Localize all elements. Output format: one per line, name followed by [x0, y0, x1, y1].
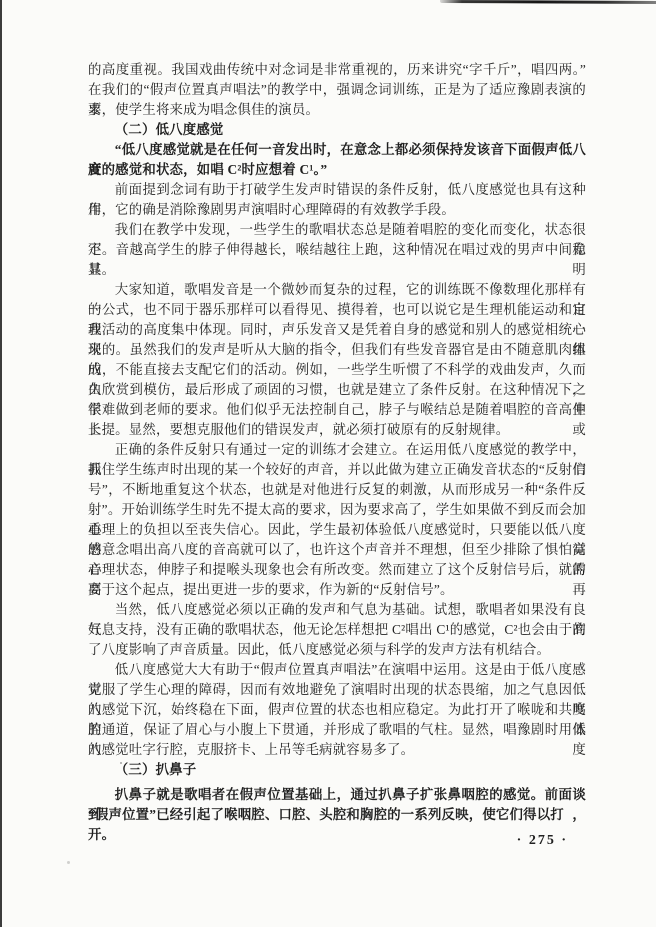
- text-line: 的感觉下沉，始终稳在下面，假声位置的状态也相应稳定。为此打开了喉咙和共鸣腔体: [88, 700, 586, 720]
- text-line: 很难做到老师的要求。他们似乎无法控制自己，脖子与喉结总是随着唱腔的音高伸长或: [88, 400, 586, 420]
- text-line: 的，不能直接去支配它们的活动。例如，一些学生听惯了不科学的戏曲发声，久而久之: [88, 360, 586, 380]
- page-text: 的高度重视。我国戏曲传统中对念词是非常重视的，历来讲究“字千斤”，唱四两。”在我…: [88, 60, 586, 825]
- text-line: 的公式，也不同于器乐那样可以看得见、摸得着，也可以说它是生理机能运动和自我心: [88, 300, 586, 320]
- text-line: “假声位置”已经引起了喉咽腔、口腔、头腔和胸腔的一系列反映，使它们得以打开。: [88, 805, 586, 825]
- text-line: 我们在教学中发现，一些学生的歌唱状态总是随着唱腔的变化而变化，状态很不稳: [88, 220, 586, 240]
- section-heading: （二）低八度感觉: [88, 120, 586, 140]
- text-line: 心理上的负担以至丧失信心。因此，学生最初体验低八度感觉时，只要能以低八度感觉: [88, 520, 586, 540]
- scan-streak-artifact: [440, 0, 656, 4]
- text-line: 低八度感觉大大有助于“假声位置真声唱法”在演唱中运用。这是由于低八度感觉: [88, 660, 586, 680]
- section-heading: （三）扒鼻子: [88, 760, 586, 780]
- text-line: 在我们的“假声位置真声唱法”的教学中，强调念词训练，正是为了适应豫剧表演的要: [88, 80, 586, 100]
- scan-speck: [67, 861, 70, 864]
- text-line: 气息支持，没有正确的歌唱状态，他无论怎样想把 C²唱出 C¹的感觉，C²也会由于…: [88, 620, 586, 640]
- text-line: 射”。开始训练学生时先不提太高的要求，因为要求高了，学生如果做不到反而会加重: [88, 500, 586, 520]
- text-line: 的高度重视。我国戏曲传统中对念词是非常重视的，历来讲究“字千斤”，唱四两。”: [88, 60, 586, 80]
- text-line: 了八度影响了声音质量。因此，低八度感觉必须与科学的发声方法有机结合。: [88, 640, 586, 660]
- text-line: 扒鼻子就是歌唱者在假声位置基础上，通过扒鼻子扩张鼻咽腔的感觉。前面谈到，: [88, 785, 586, 805]
- text-line: 前面提到念词有助于打破学生发声时错误的条件反射，低八度感觉也具有这种作: [88, 180, 586, 200]
- text-line: 的意念唱出高八度的音高就可以了，也许这个声音并不理想，但至少排除了惧怕高音的: [88, 540, 586, 560]
- text-line: “低八度感觉就是在任何一音发出时，在意念上都必须保持发该音下面假声低八度: [88, 140, 586, 160]
- text-line: 当然，低八度感觉必须以正确的发声和气息为基础。试想，歌唱者如果没有良好的: [88, 600, 586, 620]
- text-line: 正确的条件反射只有通过一定的训练才会建立。在运用低八度感觉的教学中，我们: [88, 440, 586, 460]
- text-line: 定。音越高学生的脖子伸得越长，喉结越往上跑，这种情况在唱过戏的男声中间尤其明: [88, 240, 586, 260]
- text-line: 号”，不断地重复这个状态，也就是对他进行反复的刺激，从而形成另一种“条件反: [88, 480, 586, 500]
- text-line: 音的感觉和状态，如唱 C²时应想着 C¹。”: [88, 160, 586, 180]
- text-line: 克服了学生心理的障碍，因而有效地避免了演唱时出现的状态畏缩，加之气息因低八度: [88, 680, 586, 700]
- text-line: 抓住学生练声时出现的某一个较好的声音，并以此做为建立正确发音状态的“反射信: [88, 460, 586, 480]
- text-line: 大家知道，歌唱发音是一个微妙而复杂的过程，它的训练既不像数理化那样有一定: [88, 280, 586, 300]
- text-line: 的通道，保证了眉心与小腹上下贯通，并形成了歌唱的气柱。显然，唱豫剧时用低八度: [88, 720, 586, 740]
- scanned-document-page: 的高度重视。我国戏曲传统中对念词是非常重视的，历来讲究“字千斤”，唱四两。”在我…: [0, 0, 656, 927]
- scan-edge-shadow: [0, 0, 2, 927]
- text-line: 现的。虽然我们的发声是听从大脑的指令，但我们有些发音器官是由不随意肌肉组成: [88, 340, 586, 360]
- text-line: 用，它的确是消除豫剧男声演唱时心理障碍的有效教学手段。: [88, 200, 586, 220]
- text-line: 心理状态，伸脖子和提喉头现象也会有所改变。然而建立了这个反射信号后，就需要再: [88, 560, 586, 580]
- text-line: 理活动的高度集中体现。同时，声乐发音又是凭着自身的感觉和别人的感觉相统一来体: [88, 320, 586, 340]
- text-line: 求，使学生将来成为唱念俱佳的演员。: [88, 100, 586, 120]
- text-line: 由欣赏到模仿，最后形成了顽固的习惯，也就是建立了条件反射。在这种情况下，学生: [88, 380, 586, 400]
- page-number: · 275 ·: [517, 833, 568, 849]
